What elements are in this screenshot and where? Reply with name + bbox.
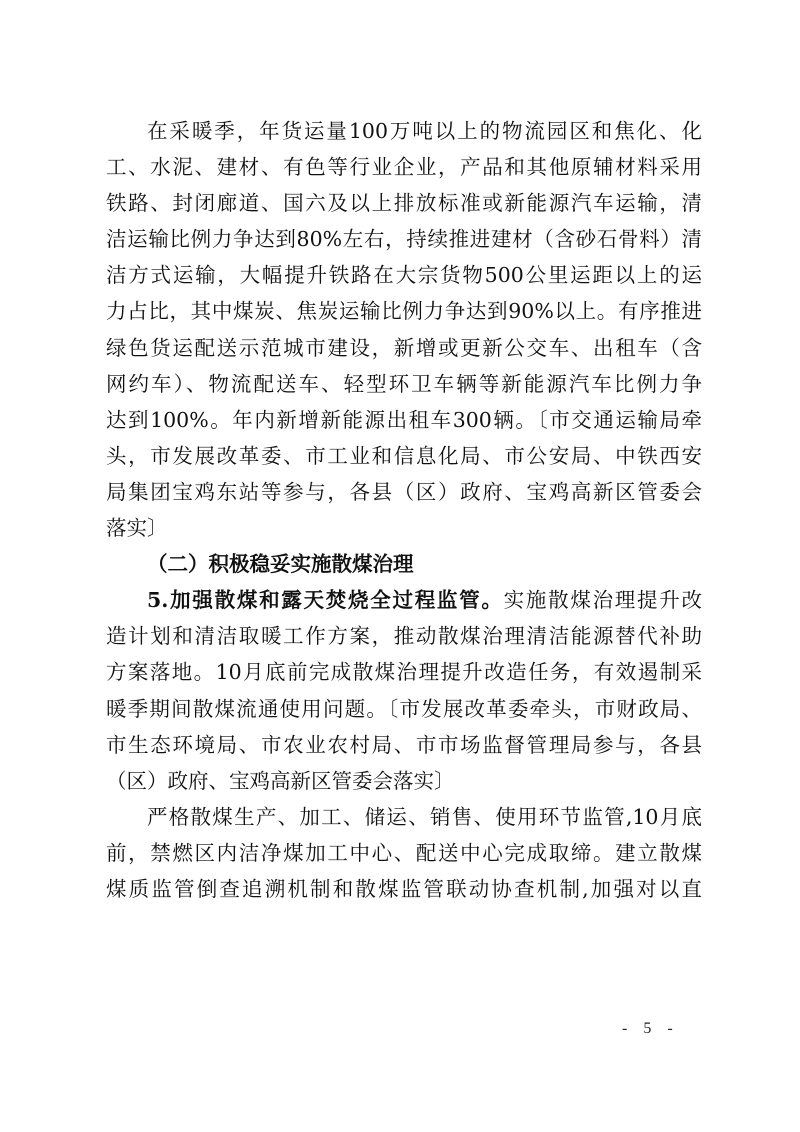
text-line: 头，市发展改革委、市工业和信息化局、市公安局、中铁西安 bbox=[106, 438, 702, 474]
text-line: 煤质监管倒查追溯机制和散煤监管联动协查机制,加强对以直 bbox=[106, 871, 702, 907]
text-line: 工、水泥、建材、有色等行业企业，产品和其他原辅材料采用 bbox=[106, 149, 702, 185]
text-line: 方案落地。10月底前完成散煤治理提升改造任务，有效遏制采 bbox=[106, 654, 702, 690]
text-line: 暖季期间散煤流通使用问题。〔市发展改革委牵头，市财政局、 bbox=[106, 691, 702, 727]
item-lead: 5.加强散煤和露天焚烧全过程监管。 bbox=[147, 588, 504, 612]
text-line: 洁运输比例力争达到80%左右，持续推进建材（含砂石骨料）清 bbox=[106, 221, 702, 257]
item-text: 实施散煤治理提升改 bbox=[504, 588, 702, 612]
text-line: 绿色货运配送示范城市建设，新增或更新公交车、出租车（含 bbox=[106, 330, 702, 366]
text-line: 在采暖季，年货运量100万吨以上的物流园区和焦化、化 bbox=[106, 113, 702, 149]
text-line: 局集团宝鸡东站等参与，各县（区）政府、宝鸡高新区管委会 bbox=[106, 474, 702, 510]
text-line: 网约车）、物流配送车、轻型环卫车辆等新能源汽车比例力争 bbox=[106, 366, 702, 402]
text-line: 5.加强散煤和露天焚烧全过程监管。实施散煤治理提升改 bbox=[106, 582, 702, 618]
paragraph-coal-supervision: 严格散煤生产、加工、储运、销售、使用环节监管,10月底 前，禁燃区内洁净煤加工中… bbox=[106, 799, 702, 907]
paragraph-item-5: 5.加强散煤和露天焚烧全过程监管。实施散煤治理提升改 造计划和清洁取暖工作方案，… bbox=[106, 582, 702, 799]
text-line: 力占比，其中煤炭、焦炭运输比例力争达到90%以上。有序推进 bbox=[106, 293, 702, 329]
text-line: （区）政府、宝鸡高新区管委会落实〕 bbox=[106, 763, 702, 799]
text-line: 铁路、封闭廊道、国六及以上排放标准或新能源汽车运输，清 bbox=[106, 185, 702, 221]
text-line: 市生态环境局、市农业农村局、市市场监督管理局参与，各县 bbox=[106, 727, 702, 763]
text-line: 洁方式运输，大幅提升铁路在大宗货物500公里运距以上的运 bbox=[106, 257, 702, 293]
text-line: 落实〕 bbox=[106, 510, 702, 546]
text-line: 前，禁燃区内洁净煤加工中心、配送中心完成取缔。建立散煤 bbox=[106, 835, 702, 871]
paragraph-clean-transport: 在采暖季，年货运量100万吨以上的物流园区和焦化、化 工、水泥、建材、有色等行业… bbox=[106, 113, 702, 546]
document-page: 在采暖季，年货运量100万吨以上的物流园区和焦化、化 工、水泥、建材、有色等行业… bbox=[106, 113, 702, 907]
text-line: 造计划和清洁取暖工作方案，推动散煤治理清洁能源替代补助 bbox=[106, 618, 702, 654]
text-line: 达到100%。年内新增新能源出租车300辆。〔市交通运输局牵 bbox=[106, 402, 702, 438]
section-heading: （二）积极稳妥实施散煤治理 bbox=[106, 546, 702, 582]
text-line: 严格散煤生产、加工、储运、销售、使用环节监管,10月底 bbox=[106, 799, 702, 835]
page-number: - 5 - bbox=[622, 1020, 679, 1038]
